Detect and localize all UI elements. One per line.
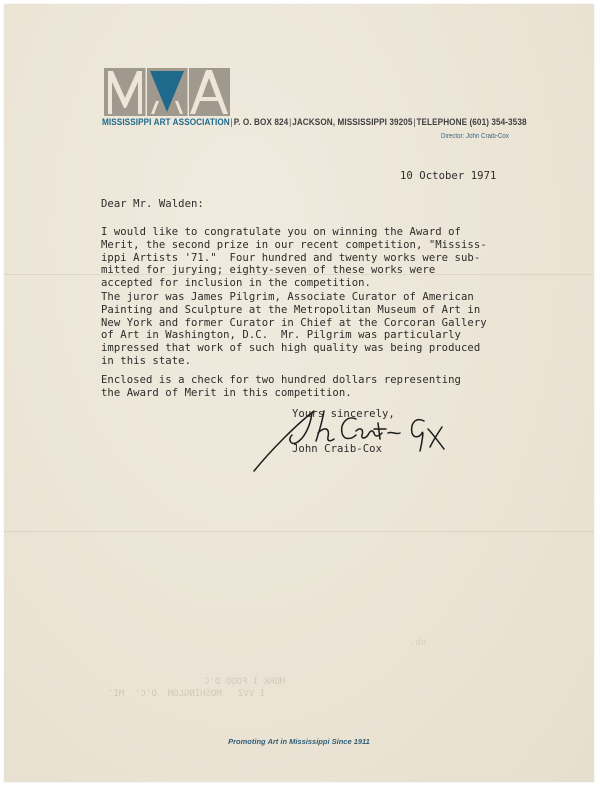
telephone: TELEPHONE (601) 354-3538 — [416, 117, 526, 128]
maa-logo-icon — [104, 68, 230, 116]
bleed-through-text: MORK I FOOD D'C — [204, 677, 285, 687]
handwritten-signature-icon — [252, 409, 462, 479]
po-box: P. O. BOX 824 — [234, 117, 289, 128]
bleed-through-text: eb. — [410, 638, 426, 648]
salutation: Dear Mr. Walden: — [101, 198, 204, 211]
footer-tagline: Promoting Art in Mississippi Since 1911 — [4, 737, 594, 746]
body-paragraph: Enclosed is a check for two hundred doll… — [101, 374, 461, 400]
organization-name: MISSISSIPPI ART ASSOCIATION — [102, 117, 230, 128]
bleed-through-text: I VVZ MOSHINGLOM D'C' MI' — [108, 689, 265, 699]
body-paragraph: I would like to congratulate you on winn… — [101, 226, 487, 290]
letter-date: 10 October 1971 — [400, 170, 496, 183]
paper-crease — [4, 531, 594, 532]
city-state-zip: JACKSON, MISSISSIPPI 39205 — [292, 117, 412, 128]
letterhead-address-line: MISSISSIPPI ART ASSOCIATION|P. O. BOX 82… — [102, 117, 527, 128]
body-paragraph: The juror was James Pilgrim, Associate C… — [101, 291, 487, 368]
letter-page: MISSISSIPPI ART ASSOCIATION|P. O. BOX 82… — [4, 4, 594, 782]
director-line: Director: John Craib-Cox — [441, 133, 509, 140]
